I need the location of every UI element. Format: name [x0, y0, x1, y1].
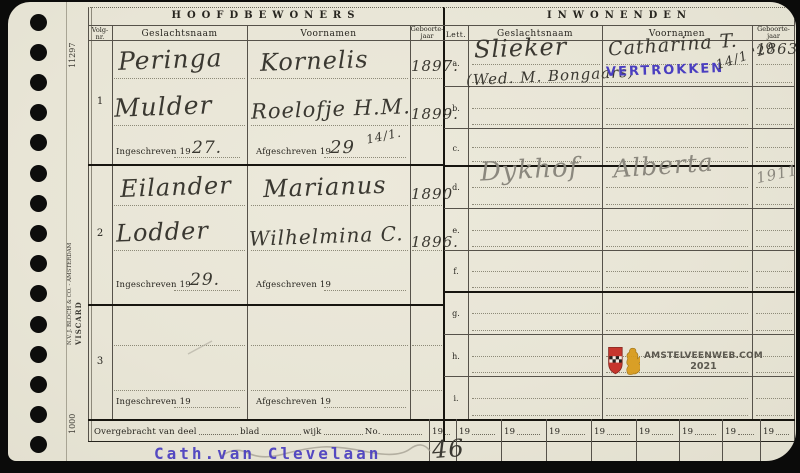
col-header-volgnr-l2: nr. [88, 34, 112, 41]
writing-line [472, 313, 600, 314]
table-right-border [794, 7, 795, 447]
table-left-border [88, 7, 89, 441]
house-number: 46 [431, 434, 465, 461]
row1-entry1-year: 1897. [411, 57, 459, 75]
left-row1-bottom [88, 164, 444, 166]
punch-hole [30, 376, 47, 393]
year-cell: 19 [682, 422, 718, 437]
dotted-fill [695, 433, 716, 435]
watermark-line2: 2021 [644, 361, 763, 372]
letter-row-divider [444, 291, 795, 293]
row-letter: g. [444, 309, 468, 318]
writing-line [756, 330, 792, 331]
row1-entry2-surname: Mulder [114, 90, 213, 122]
rowa-year: 1863. [756, 40, 796, 58]
writing-line [114, 250, 245, 251]
row1-afgeschreven-value: 29 [330, 137, 355, 158]
rowd-firstnames: Alberta [612, 148, 715, 184]
row-letter: f. [444, 267, 468, 276]
writing-line [756, 415, 792, 416]
row2-entry1-surname: Eilander [120, 171, 233, 203]
col-header-right-year-l2: jaar [752, 33, 795, 40]
amstelveen-coat-of-arms-icon [606, 345, 640, 377]
writing-line [472, 356, 600, 357]
writing-line [412, 345, 442, 346]
punch-hole [30, 346, 47, 363]
table-bottom-border [88, 419, 795, 421]
transfer-label-wijk: wijk [303, 427, 322, 437]
row1-ingeschreven-value: 27. [192, 138, 222, 158]
writing-line [251, 205, 408, 206]
writing-line [756, 82, 792, 83]
col-header-left-firstnames: Voornamen [247, 29, 410, 39]
year-cell-divider [679, 419, 680, 461]
row2-ingeschreven-value: 29. [190, 270, 220, 290]
dotted-fill [607, 433, 630, 435]
writing-line [756, 313, 792, 314]
transfer-label-deel: Overgebracht van deel [94, 427, 197, 437]
year-cell: 19 [763, 422, 791, 437]
pencil-mark [186, 339, 216, 357]
transfer-label-no: No. [365, 427, 381, 437]
watermark: AMSTELVEENWEB.COM 2021 [606, 342, 766, 380]
writing-line [412, 205, 442, 206]
writing-line [472, 330, 600, 331]
dotted-fill [738, 433, 754, 435]
year-cell-divider [591, 419, 592, 461]
col-header-volgnr: Volg- nr. [88, 27, 112, 41]
writing-line [114, 78, 245, 79]
dotted-fill [472, 433, 495, 435]
printer-brand: VISCARD [74, 230, 83, 345]
printer-name: N.V. J. BLOCH & CO. - AMSTERDAM [67, 230, 73, 345]
writing-line [412, 125, 442, 126]
writing-line [756, 287, 792, 288]
rowd-surname: Dykhof [479, 152, 580, 187]
row-number: 2 [90, 228, 110, 239]
writing-line [251, 125, 408, 126]
year-cell-label: 19 [639, 427, 650, 437]
dotted-fill [652, 433, 673, 435]
dotted-fill [199, 433, 238, 435]
vertrokken-stamp: VERTROKKEN [606, 61, 725, 80]
year-cell: 19 [594, 422, 632, 437]
transfer-label-blad: blad [240, 427, 259, 437]
writing-line [472, 415, 600, 416]
writing-line [606, 398, 748, 399]
col-divider-volgnr [112, 25, 113, 419]
writing-line [606, 82, 748, 83]
row1-entry2-firstnames: Roelofje H.M. [251, 94, 412, 124]
dotted-fill [174, 407, 240, 408]
writing-line [251, 390, 408, 391]
year-cell: 19 [504, 422, 542, 437]
writing-line [114, 390, 245, 391]
year-cell-label: 19 [549, 427, 560, 437]
col-header-left-year-l2: jaar [410, 33, 444, 40]
row-letter: i. [444, 394, 468, 403]
writing-line [472, 124, 600, 125]
col-divider-left-year [410, 25, 411, 419]
writing-line [606, 147, 748, 148]
punch-hole [30, 134, 47, 151]
row1-afgeschreven-note: 14/1. [365, 125, 403, 146]
punch-hole [30, 165, 47, 182]
writing-line [606, 246, 748, 247]
ingeschreven-label: Ingeschreven 19 [116, 147, 191, 157]
year-cell-label: 19 [594, 427, 605, 437]
plate-number-bottom: 1000 [68, 394, 77, 434]
writing-line [756, 246, 792, 247]
writing-line [756, 64, 792, 65]
dotted-fill [776, 433, 789, 435]
year-cell-label: 19 [725, 427, 736, 437]
writing-line [756, 230, 792, 231]
table-top-border [88, 7, 795, 8]
letter-row-divider [444, 128, 795, 129]
writing-line [606, 330, 748, 331]
writing-line [251, 345, 408, 346]
transfer-row: Overgebracht van deel blad wijk No. [94, 422, 424, 437]
writing-line [606, 204, 748, 205]
dotted-fill [562, 433, 585, 435]
writing-line [472, 398, 600, 399]
writing-line [472, 147, 600, 148]
letter-row-divider [444, 334, 795, 335]
col-header-left-year: Geboorte- jaar [410, 26, 444, 40]
writing-line [756, 204, 792, 205]
register-table: HOOFDBEWONERS INWONENDEN Volg- nr. Gesla… [88, 7, 795, 461]
row2-entry2-surname: Lodder [116, 216, 210, 247]
punch-hole [30, 406, 47, 423]
year-cell-divider [636, 419, 637, 461]
letter-row-divider [444, 208, 795, 209]
writing-line [606, 287, 748, 288]
writing-line [114, 345, 245, 346]
table-left-border-inner [91, 7, 92, 441]
writing-line [472, 287, 600, 288]
afgeschreven-label: Afgeschreven 19 [256, 147, 331, 157]
punch-hole [30, 14, 47, 31]
col-divider-right-surname [602, 25, 603, 419]
year-cell-label: 19 [763, 427, 774, 437]
row2-entry2-year: 1896. [411, 233, 459, 251]
writing-line [606, 271, 748, 272]
dotted-fill [174, 290, 240, 291]
writing-line [756, 147, 792, 148]
writing-line [472, 372, 600, 373]
year-cell-divider [722, 419, 723, 461]
writing-line [756, 108, 792, 109]
watermark-text: AMSTELVEENWEB.COM 2021 [644, 351, 763, 372]
dotted-fill [324, 407, 406, 408]
year-cell: 19 [459, 422, 497, 437]
writing-line [114, 125, 245, 126]
watermark-line1: AMSTELVEENWEB.COM [644, 351, 763, 361]
year-cell-label: 19 [682, 427, 693, 437]
writing-line [606, 415, 748, 416]
punch-hole [30, 285, 47, 302]
dotted-fill [262, 433, 301, 435]
punch-hole [30, 195, 47, 212]
dotted-fill [517, 433, 540, 435]
writing-line [606, 313, 748, 314]
row2-entry2-firstnames: Wilhelmina C. [249, 221, 404, 250]
writing-line [606, 187, 748, 188]
col-header-right-year: Geboorte- jaar [752, 26, 795, 40]
punch-hole [30, 255, 47, 272]
writing-line [606, 108, 748, 109]
row1-entry1-firstnames: Kornelis [260, 45, 369, 77]
right-section-title: INWONENDEN [444, 10, 795, 21]
row2-entry1-year: 1890 [411, 185, 453, 203]
col-header-lett: Lett. [444, 30, 468, 39]
punch-hole [30, 225, 47, 242]
row1-entry1-surname: Peringa [118, 43, 223, 76]
writing-line [251, 78, 408, 79]
punch-hole [30, 74, 47, 91]
writing-line [606, 124, 748, 125]
row2-entry1-firstnames: Marianus [263, 171, 387, 203]
writing-line [472, 246, 600, 247]
row-number: 1 [90, 96, 110, 107]
dotted-fill [324, 290, 406, 291]
register-card: 11297 VISCARD N.V. J. BLOCH & CO. - AMST… [8, 2, 796, 461]
rowa-surname: Slieker [474, 32, 568, 63]
dotted-fill [383, 433, 422, 435]
writing-line [472, 204, 600, 205]
writing-line [472, 271, 600, 272]
col-divider-left-surname [247, 25, 248, 419]
dotted-fill [324, 433, 363, 435]
writing-line [756, 271, 792, 272]
writing-line [251, 250, 408, 251]
left-row2-bottom [88, 304, 444, 306]
writing-line [756, 398, 792, 399]
left-section-title: HOOFDBEWONERS [88, 10, 444, 21]
scanned-register-card-page: { "plate": { "top_number": "11297", "bra… [0, 0, 800, 473]
year-cell: 19 [549, 422, 587, 437]
row-letter: c. [444, 144, 468, 153]
row-number: 3 [90, 356, 110, 367]
plate-number-top: 11297 [68, 8, 77, 68]
writing-line [412, 78, 442, 79]
writing-line [114, 205, 245, 206]
writing-line [606, 230, 748, 231]
row-letter: h. [444, 352, 468, 361]
year-cell-divider [501, 419, 502, 461]
writing-line [472, 108, 600, 109]
row1-entry2-year: 1899. [411, 105, 459, 123]
afgeschreven-label: Afgeschreven 19 [256, 280, 331, 290]
punch-hole [30, 436, 47, 453]
punch-hole [30, 316, 47, 333]
afgeschreven-label: Afgeschreven 19 [256, 397, 331, 407]
year-cell-divider [760, 419, 761, 461]
writing-line [472, 187, 600, 188]
col-header-left-surname: Geslachtsnaam [112, 29, 247, 39]
year-cell-label: 19 [504, 427, 515, 437]
letter-row-divider [444, 250, 795, 251]
writing-line [756, 124, 792, 125]
year-cell: 19 [725, 422, 756, 437]
year-cell: 19 [639, 422, 675, 437]
writing-line [412, 390, 442, 391]
ingeschreven-label: Ingeschreven 19 [116, 280, 191, 290]
address-stamp: Cath.van Clevelaan [154, 444, 381, 461]
ingeschreven-label: Ingeschreven 19 [116, 397, 191, 407]
punch-hole [30, 104, 47, 121]
writing-line [756, 187, 792, 188]
punch-hole [30, 44, 47, 61]
year-cell-divider [546, 419, 547, 461]
writing-line [472, 230, 600, 231]
